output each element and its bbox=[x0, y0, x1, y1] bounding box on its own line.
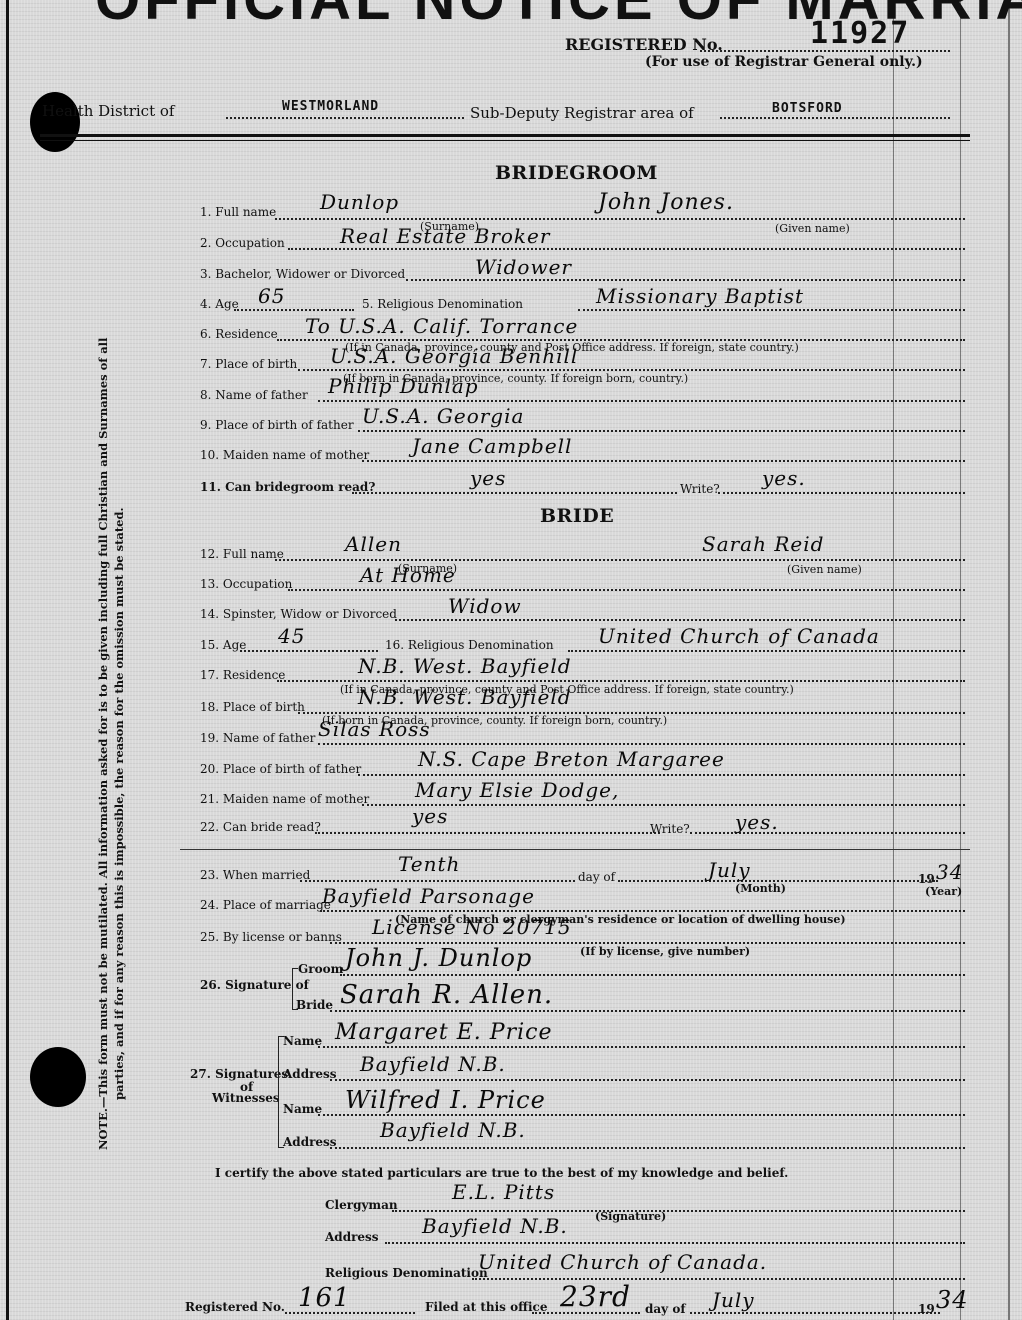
footer-day-of-label: day of bbox=[645, 1302, 685, 1316]
field-label: 3. Bachelor, Widower or Divorced bbox=[200, 267, 405, 281]
bride-father-name: Silas Ross bbox=[318, 717, 431, 741]
witness-name-label: Name bbox=[283, 1034, 322, 1048]
clergyman-signature: E.L. Pitts bbox=[452, 1180, 555, 1204]
clergyman-denomination-label: Religious Denomination bbox=[325, 1266, 488, 1280]
groom-marital-status: Widower bbox=[475, 255, 572, 279]
column-guide-line bbox=[893, 0, 894, 1320]
punch-hole bbox=[30, 92, 80, 152]
clergyman-denomination: United Church of Canada. bbox=[478, 1250, 767, 1274]
field-label: 24. Place of marriage bbox=[200, 898, 331, 912]
field-label: 20. Place of birth of father bbox=[200, 762, 361, 776]
dotted-line bbox=[690, 832, 965, 834]
dotted-line bbox=[392, 1210, 965, 1212]
groom-father-name: Philip Dunlap bbox=[328, 374, 479, 398]
dotted-line bbox=[385, 1242, 965, 1244]
field-label: 22. Can bride read? bbox=[200, 820, 321, 834]
dotted-line bbox=[395, 619, 965, 621]
bride-age: 45 bbox=[278, 624, 305, 648]
filed-day: 23rd bbox=[560, 1280, 631, 1313]
bride-surname: Allen bbox=[345, 532, 402, 556]
page-edge-line bbox=[6, 0, 9, 1320]
registrar-note: (For use of Registrar General only.) bbox=[645, 54, 923, 70]
groom-religion: Missionary Baptist bbox=[596, 284, 804, 308]
groom-signature: John J. Dunlop bbox=[345, 944, 532, 972]
field-label: 10. Maiden name of mother bbox=[200, 448, 369, 462]
groom-occupation: Real Estate Broker bbox=[340, 224, 550, 248]
dotted-line bbox=[718, 492, 965, 494]
marriage-place: Bayfield Parsonage bbox=[322, 884, 535, 908]
dotted-line bbox=[240, 650, 378, 652]
field-label: 8. Name of father bbox=[200, 388, 308, 402]
dotted-line bbox=[318, 400, 965, 402]
dotted-line bbox=[277, 680, 965, 682]
header-divider-thin bbox=[40, 140, 970, 141]
dotted-line bbox=[352, 492, 677, 494]
write-label: Write? bbox=[680, 482, 720, 496]
year-prefix: 19 bbox=[918, 872, 935, 886]
bride-signature-label: Bride bbox=[296, 998, 333, 1012]
field-label: 14. Spinster, Widow or Divorced bbox=[200, 607, 397, 621]
dotted-line bbox=[275, 218, 965, 220]
dotted-line bbox=[318, 1046, 965, 1048]
field-label: 12. Full name bbox=[200, 547, 284, 561]
dotted-line bbox=[298, 369, 965, 371]
year-hint: (Year) bbox=[925, 885, 962, 898]
dotted-line bbox=[358, 774, 965, 776]
header-divider bbox=[40, 134, 970, 137]
field-label: 19. Name of father bbox=[200, 731, 315, 745]
footer-year-prefix: 19 bbox=[918, 1302, 935, 1316]
groom-birthplace: U.S.A. Georgia Benhill bbox=[330, 344, 578, 368]
dotted-line bbox=[320, 910, 965, 912]
groom-father-birthplace: U.S.A. Georgia bbox=[362, 404, 524, 428]
certification-statement: I certify the above stated particulars a… bbox=[215, 1166, 788, 1180]
marriage-year: 34 bbox=[936, 860, 963, 884]
groom-residence: To U.S.A. Calif. Torrance bbox=[305, 314, 578, 338]
bride-can-write: yes. bbox=[735, 810, 779, 834]
write-label: Write? bbox=[650, 822, 690, 836]
dotted-line bbox=[578, 309, 965, 311]
field-label: 9. Place of birth of father bbox=[200, 418, 354, 432]
marriage-month: July bbox=[708, 858, 751, 882]
bride-given-name: Sarah Reid bbox=[702, 532, 824, 556]
groom-can-read: yes bbox=[470, 466, 506, 490]
field-label: 2. Occupation bbox=[200, 236, 285, 250]
footer-registered-number: 161 bbox=[298, 1283, 351, 1313]
field-label: 7. Place of birth bbox=[200, 357, 297, 371]
clergyman-address-label: Address bbox=[325, 1230, 379, 1244]
field-label: 13. Occupation bbox=[200, 577, 292, 591]
dotted-line bbox=[275, 559, 965, 561]
dotted-line bbox=[690, 1312, 940, 1314]
witness1-address: Bayfield N.B. bbox=[360, 1052, 506, 1076]
field-label: 25. By license or banns bbox=[200, 930, 342, 944]
side-note-line2: parties, and if for any reason this is i… bbox=[112, 507, 126, 1100]
day-of-label: day of bbox=[578, 870, 615, 884]
field-label: 21. Maiden name of mother bbox=[200, 792, 369, 806]
clergyman-address: Bayfield N.B. bbox=[422, 1214, 568, 1238]
witness2-address: Bayfield N.B. bbox=[380, 1118, 526, 1142]
license-hint: (If by license, give number) bbox=[580, 945, 750, 958]
registered-number: 11927 bbox=[810, 16, 910, 51]
marriage-day: Tenth bbox=[398, 852, 460, 876]
signature-hint: (Signature) bbox=[595, 1210, 666, 1223]
field-label: 6. Residence bbox=[200, 327, 278, 341]
dotted-line bbox=[234, 309, 354, 311]
field-label: 23. When married bbox=[200, 868, 310, 882]
bride-can-read: yes bbox=[412, 804, 448, 828]
field-label: 16. Religious Denomination bbox=[385, 638, 554, 652]
groom-age: 65 bbox=[258, 284, 285, 308]
witness-address-label: Address bbox=[283, 1135, 337, 1149]
field-label: 17. Residence bbox=[200, 668, 285, 682]
groom-can-write: yes. bbox=[762, 466, 806, 490]
marriage-notice-document: OFFICIAL NOTICE OF MARRIAGE REGISTERED N… bbox=[0, 0, 1022, 1320]
field-label: 11. Can bridegroom read? bbox=[200, 480, 375, 494]
clergyman-label: Clergyman bbox=[325, 1198, 398, 1212]
dotted-line bbox=[362, 460, 965, 462]
field-label: 18. Place of birth bbox=[200, 700, 305, 714]
month-hint: (Month) bbox=[735, 882, 786, 895]
groom-mother-maiden-name: Jane Campbell bbox=[412, 434, 572, 458]
field-label: 4. Age bbox=[200, 297, 239, 311]
filed-month: July bbox=[712, 1288, 755, 1312]
brace bbox=[278, 1036, 284, 1148]
side-note-line1: NOTE.—This form must not be mutilated. A… bbox=[96, 338, 110, 1150]
dotted-line bbox=[300, 880, 575, 882]
dotted-line bbox=[330, 1079, 965, 1081]
bride-marital-status: Widow bbox=[448, 594, 522, 618]
witnesses-label: 27. Signatures bbox=[190, 1067, 288, 1081]
subdeputy-value: BOTSFORD bbox=[772, 101, 843, 116]
dotted-line bbox=[406, 279, 965, 281]
bridegroom-heading: BRIDEGROOM bbox=[495, 162, 658, 184]
groom-given-name: John Jones. bbox=[598, 190, 734, 215]
footer-registered-label: Registered No. bbox=[185, 1300, 285, 1314]
given-name-hint: (Given name) bbox=[775, 222, 850, 235]
column-guide-line bbox=[960, 0, 961, 1320]
bride-heading: BRIDE bbox=[540, 505, 614, 527]
punch-hole bbox=[30, 1047, 86, 1107]
dotted-line bbox=[568, 650, 965, 652]
dotted-line bbox=[472, 1278, 965, 1280]
dotted-line bbox=[318, 1114, 965, 1116]
filed-year: 34 bbox=[936, 1286, 969, 1314]
section-divider bbox=[180, 849, 970, 850]
given-name-hint: (Given name) bbox=[787, 563, 862, 576]
dotted-line bbox=[315, 832, 660, 834]
dotted-line bbox=[358, 430, 965, 432]
subdeputy-label: Sub-Deputy Registrar area of bbox=[470, 104, 694, 122]
bride-occupation: At Home bbox=[360, 563, 456, 587]
bride-mother-maiden-name: Mary Elsie Dodge, bbox=[415, 778, 619, 802]
bride-residence: N.B. West. Bayfield bbox=[358, 654, 572, 678]
groom-signature-label: Groom bbox=[298, 962, 343, 976]
bride-signature: Sarah R. Allen. bbox=[340, 980, 553, 1010]
witness2-name: Wilfred I. Price bbox=[345, 1086, 546, 1114]
license-number: License No 20715 bbox=[372, 915, 572, 939]
field-label: 1. Full name bbox=[200, 205, 276, 219]
bride-religion: United Church of Canada bbox=[598, 624, 880, 648]
field-label: 5. Religious Denomination bbox=[362, 297, 523, 311]
health-district-value: WESTMORLAND bbox=[282, 99, 379, 114]
groom-surname: Dunlop bbox=[320, 190, 399, 214]
dotted-line bbox=[288, 589, 965, 591]
witnesses-label-witnesses: Witnesses bbox=[212, 1091, 280, 1105]
bride-birthplace: N.B. West. Bayfield bbox=[358, 685, 572, 709]
dotted-line bbox=[340, 974, 965, 976]
dotted-line bbox=[226, 117, 464, 119]
filed-label: Filed at this office bbox=[425, 1300, 547, 1314]
dotted-line bbox=[720, 117, 950, 119]
dotted-line bbox=[288, 248, 965, 250]
witness-name-label: Name bbox=[283, 1102, 322, 1116]
dotted-line bbox=[330, 1147, 965, 1149]
page-edge-line bbox=[1008, 0, 1010, 1320]
witness-address-label: Address bbox=[283, 1067, 337, 1081]
witness1-name: Margaret E. Price bbox=[335, 1020, 552, 1045]
dotted-line bbox=[318, 743, 965, 745]
health-district-label: Health District of bbox=[42, 102, 174, 120]
bride-father-birthplace: N.S. Cape Breton Margaree bbox=[418, 747, 725, 771]
dotted-line bbox=[362, 804, 965, 806]
dotted-line bbox=[330, 1010, 965, 1012]
